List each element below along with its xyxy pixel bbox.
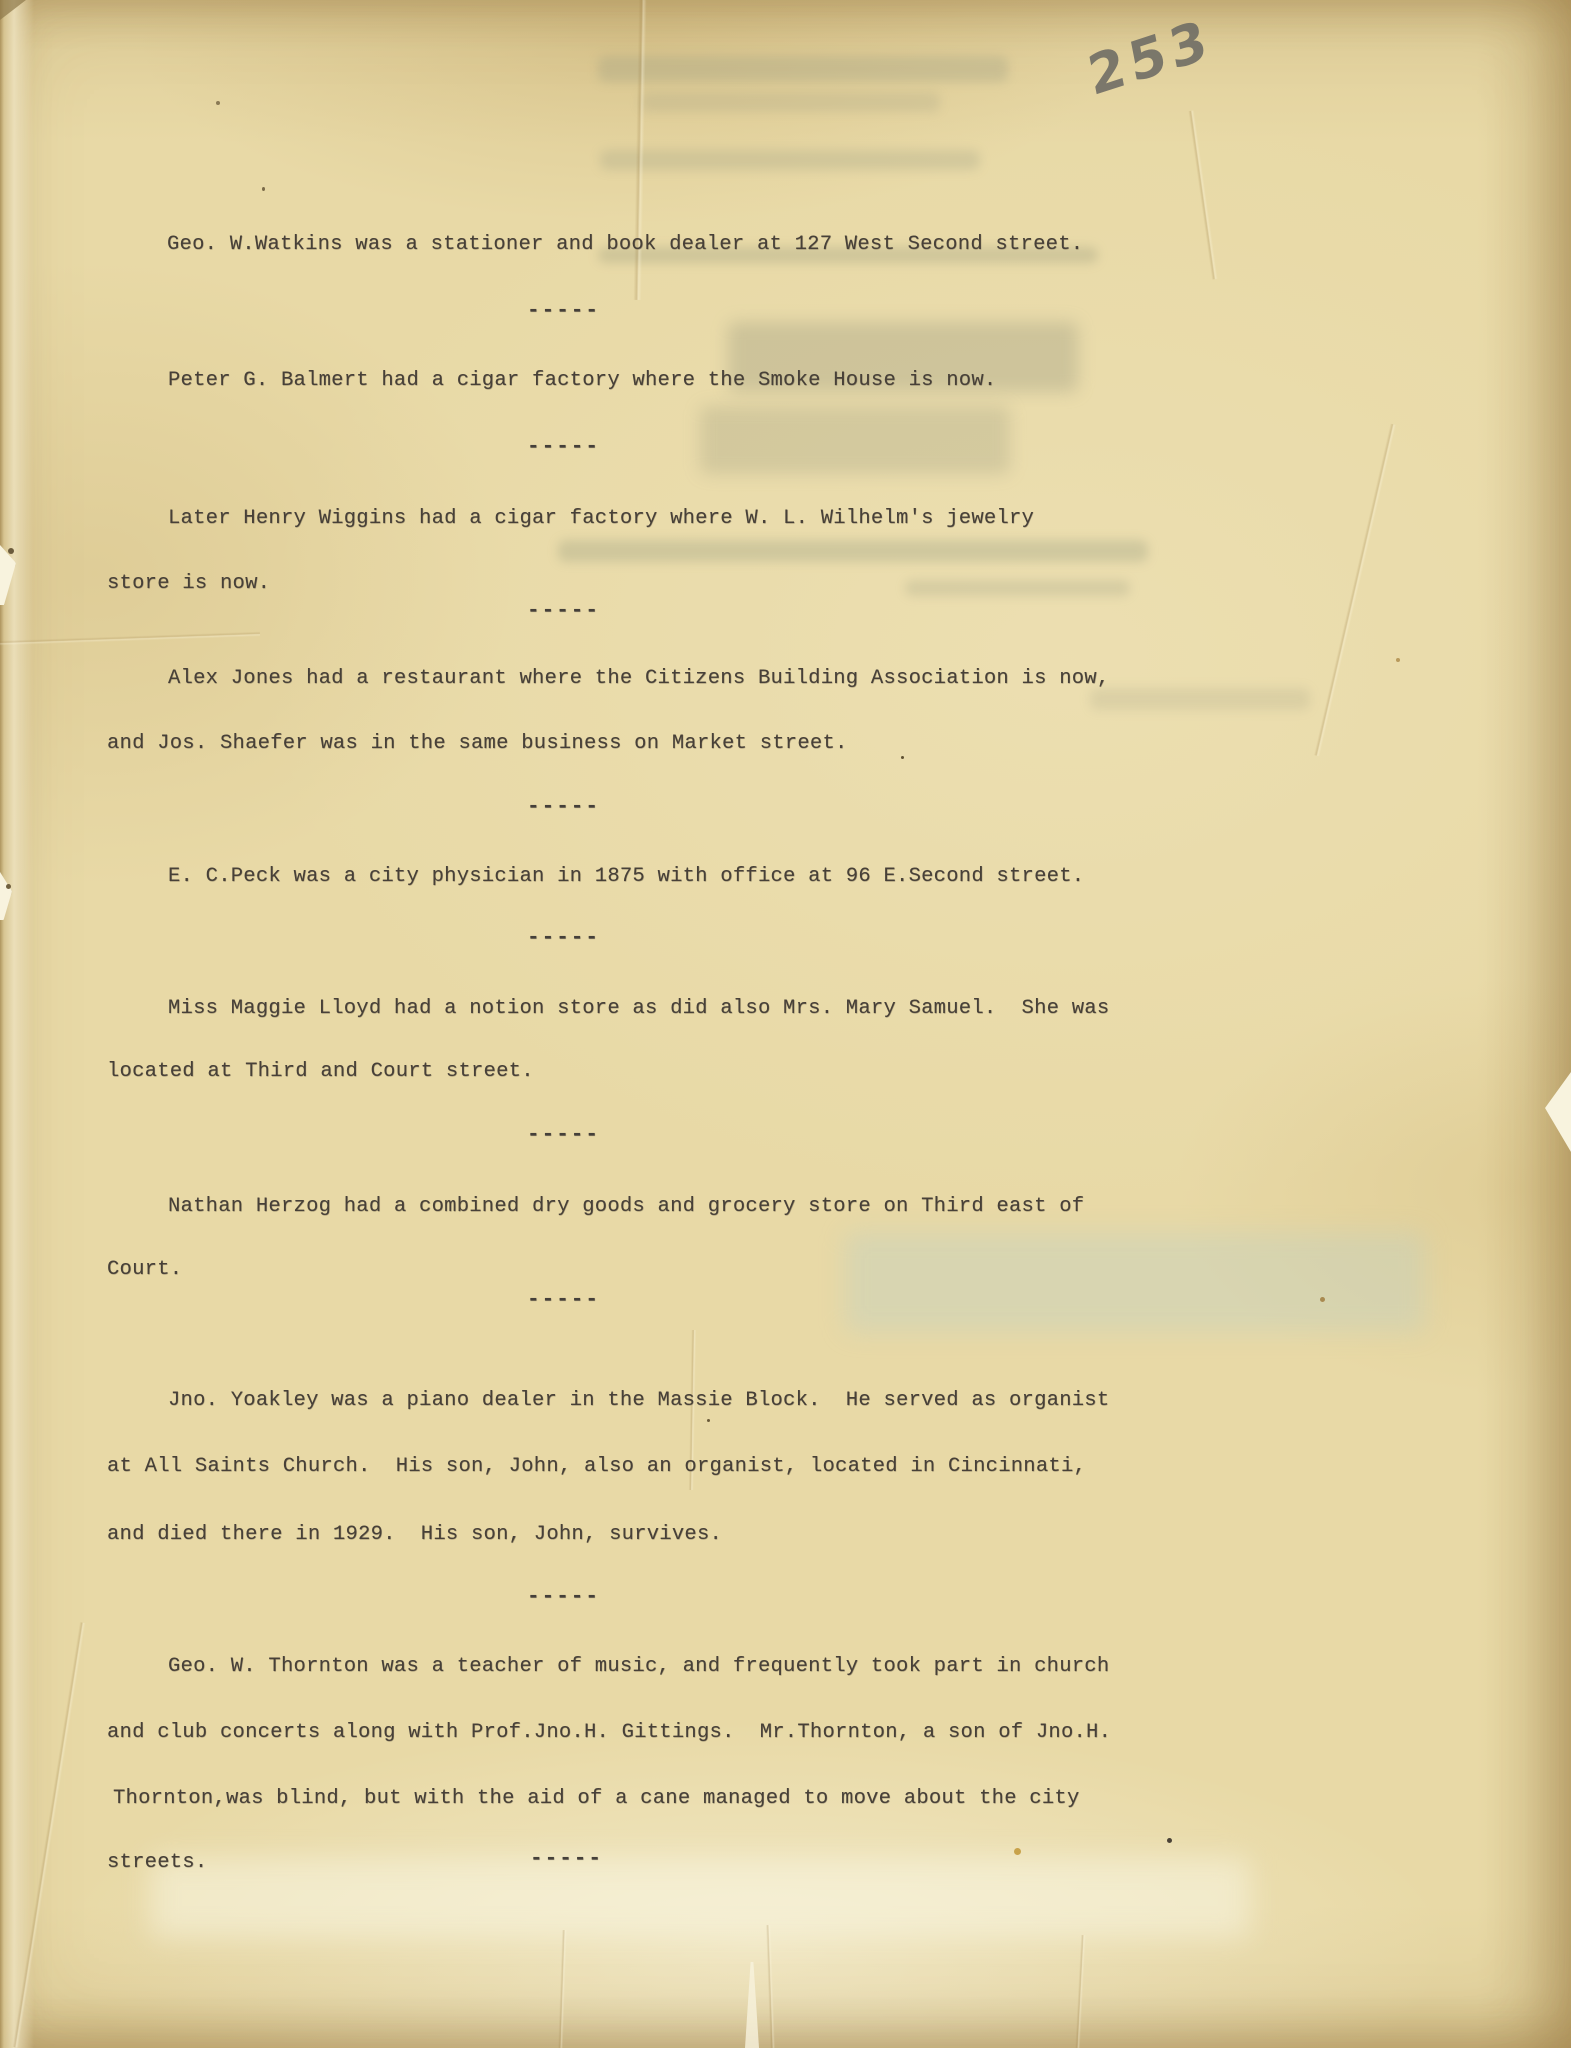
typed-line: Geo. W. Thornton was a teacher of music,… [168, 1654, 1109, 1680]
bleed-through-patch [845, 1232, 1425, 1332]
bleed-through-patch [1090, 688, 1310, 710]
stain-spot [707, 1419, 710, 1422]
typed-line: Peter G. Balmert had a cigar factory whe… [168, 368, 996, 394]
separator-dashes: ----- [530, 1848, 603, 1871]
separator-dashes: ----- [527, 796, 600, 819]
separator-dashes: ----- [527, 1586, 600, 1609]
typed-line: Later Henry Wiggins had a cigar factory … [168, 506, 1034, 532]
stain-spot [6, 884, 11, 889]
bleed-through-patch [640, 92, 940, 112]
separator-dashes: ----- [527, 1289, 600, 1312]
typed-line: located at Third and Court street. [107, 1059, 534, 1085]
typed-line: and Jos. Shaefer was in the same busines… [107, 731, 848, 757]
scanned-document-page: 253 Geo. W.Watkins was a stationer and b… [0, 0, 1571, 2048]
typed-line: store is now. [107, 571, 270, 597]
bleed-through-patch [700, 406, 1010, 474]
separator-dashes: ----- [527, 436, 600, 459]
stain-spot [216, 101, 220, 105]
typed-line: Miss Maggie Lloyd had a notion store as … [168, 996, 1109, 1022]
separator-dashes: ----- [527, 300, 600, 323]
bleed-through-patch [905, 580, 1130, 596]
stain-spot [262, 187, 265, 191]
separator-dashes: ----- [527, 1124, 600, 1147]
stain-spot [8, 548, 14, 554]
light-band [150, 1858, 1250, 1938]
typed-line: Nathan Herzog had a combined dry goods a… [168, 1194, 1084, 1220]
typed-line: E. C.Peck was a city physician in 1875 w… [168, 864, 1084, 890]
stain-spot [901, 756, 904, 759]
stain-spot [1396, 658, 1400, 662]
bleed-through-patch [558, 540, 1148, 562]
separator-dashes: ----- [527, 927, 600, 950]
bleed-through-patch [600, 150, 980, 170]
typed-line: Jno. Yoakley was a piano dealer in the M… [168, 1388, 1109, 1414]
paper-left-edge [0, 0, 34, 2048]
typed-line: and club concerts along with Prof.Jno.H.… [107, 1720, 1111, 1746]
stain-spot [1320, 1297, 1325, 1302]
typed-line: and died there in 1929. His son, John, s… [107, 1522, 722, 1548]
typed-line: Thornton,was blind, but with the aid of … [113, 1786, 1080, 1812]
bleed-through-patch [598, 56, 1008, 82]
separator-dashes: ----- [527, 600, 600, 623]
typed-line: streets. [107, 1850, 207, 1876]
typed-line: Court. [107, 1257, 182, 1283]
typed-line: at All Saints Church. His son, John, als… [107, 1454, 1086, 1480]
stain-spot [1167, 1838, 1172, 1843]
stain-spot [1014, 1848, 1021, 1855]
typed-line: Alex Jones had a restaurant where the Ci… [168, 666, 1109, 692]
typed-line: Geo. W.Watkins was a stationer and book … [167, 232, 1083, 258]
